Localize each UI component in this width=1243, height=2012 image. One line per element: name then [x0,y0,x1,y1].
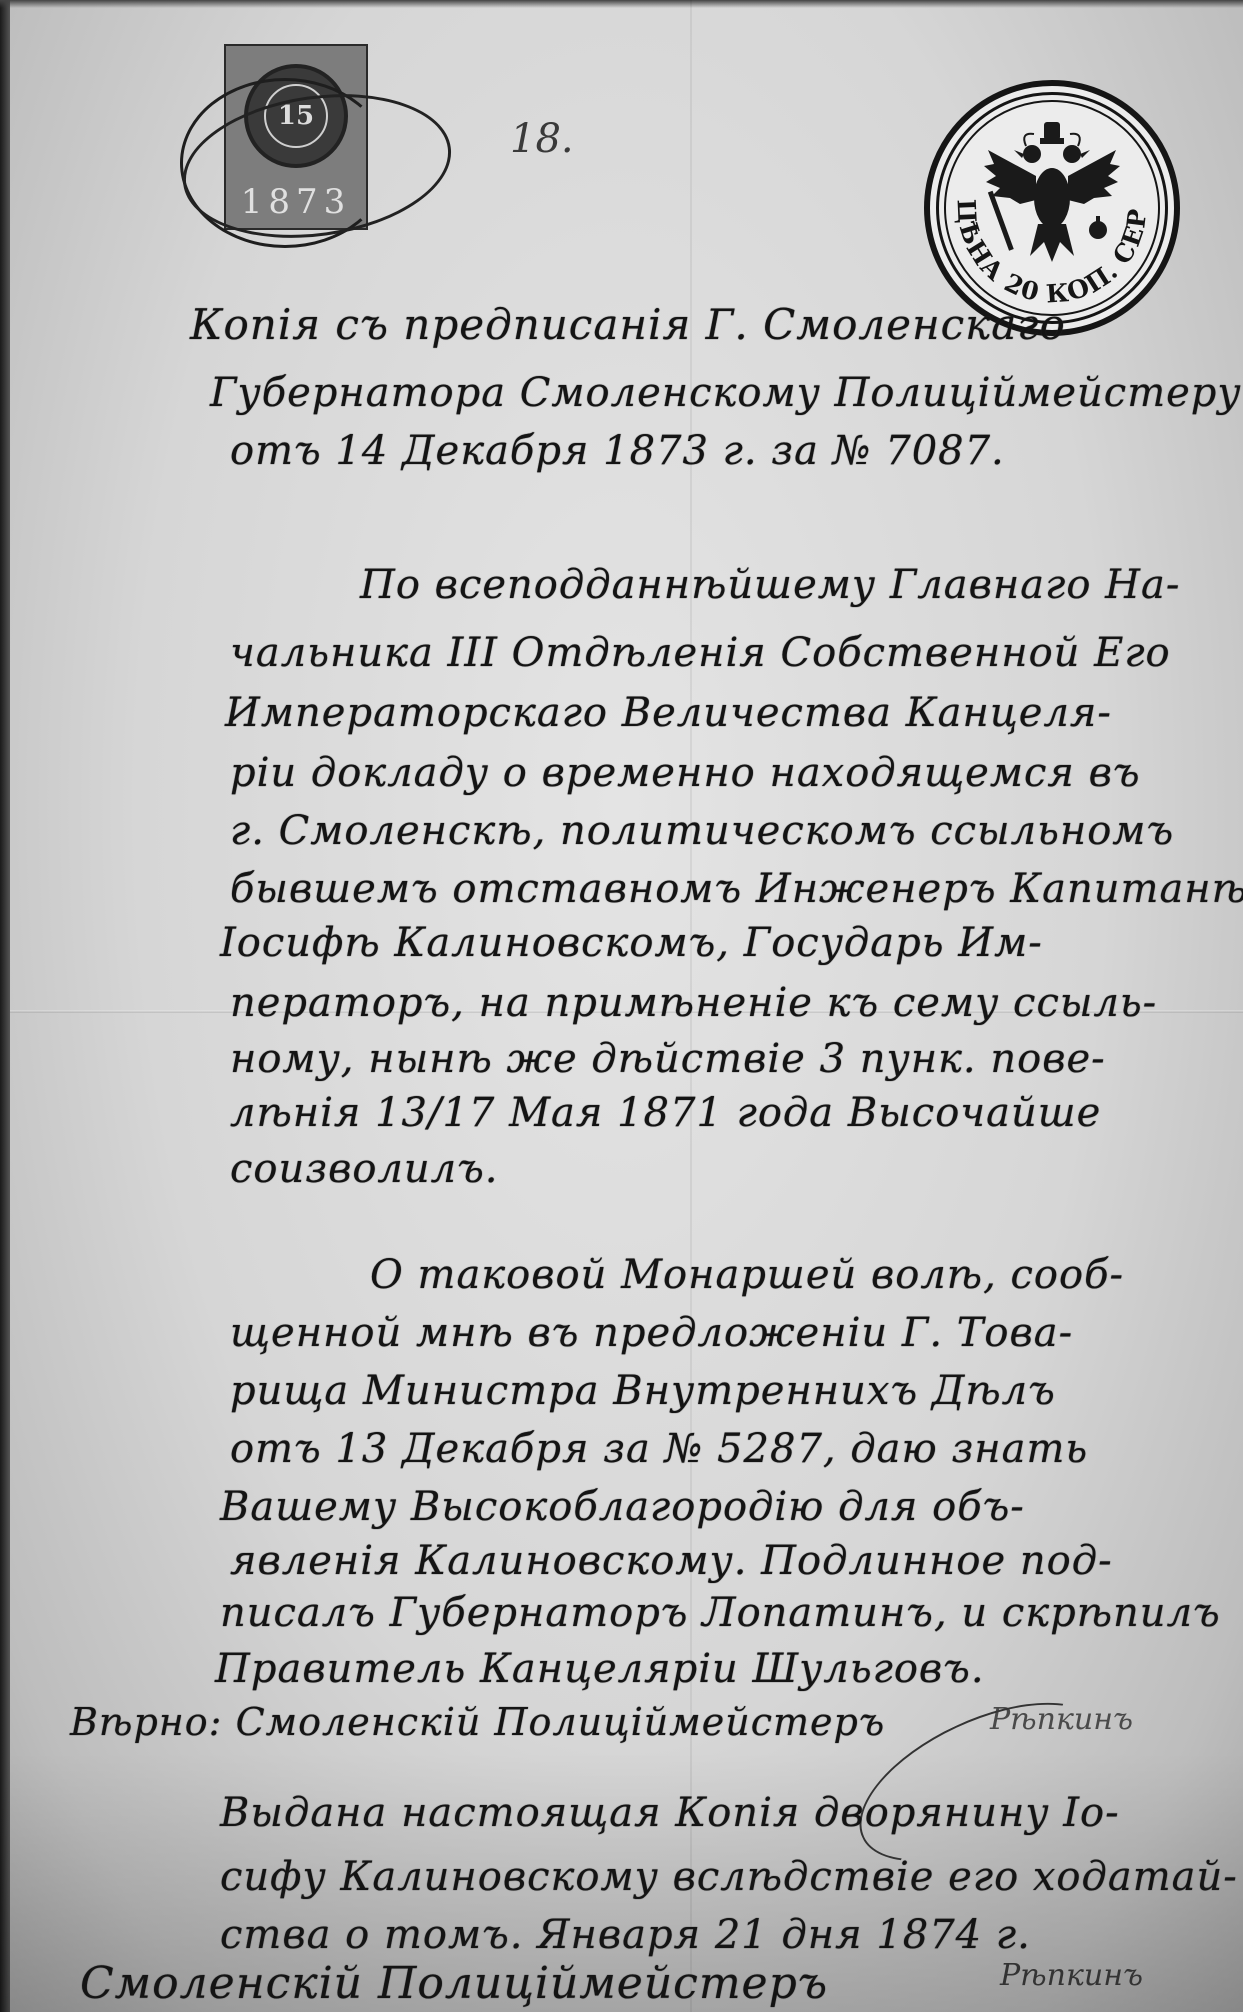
paragraph-2-line-2: щенной мнѣ въ предложеніи Г. Това- [230,1310,1073,1356]
heading-line-3: отъ 14 Декабря 1873 г. за № 7087. [230,428,1005,474]
paragraph-2-line-3: рища Министра Внутреннихъ Дѣлъ [230,1368,1056,1414]
paragraph-2-line-6: явленія Калиновскому. Подлинное под- [230,1538,1113,1584]
paragraph-1-line-2: чальника III Отдѣленія Собственной Его [230,630,1171,676]
certification-2-text: Смоленскій Полиціймейстеръ [80,1958,828,2009]
certification-2-signature: Рѣпкинъ [1000,1958,1143,1993]
imperial-double-headed-eagle-icon [980,120,1124,270]
paragraph-1-line-9: ному, нынѣ же дѣйствіе 3 пунк. пове- [230,1036,1106,1082]
seal-price-text: ЦѢНА 20 КОП. СЕР. [930,86,1174,330]
document-sheet: 15 1873 18. [0,0,1243,2012]
paragraph-1-line-3: Императорскаго Величества Канцеля- [225,690,1112,736]
page-edge-shadow [0,0,10,2012]
paragraph-2-line-1: О таковой Монаршей волѣ, сооб- [370,1252,1124,1298]
certification-1-text: Вѣрно: Смоленскій Полиціймейстеръ [70,1700,885,1744]
paragraph-1-line-1: По всеподданнѣйшему Главнаго На- [360,562,1180,608]
page-number: 18. [510,116,574,162]
paragraph-2-line-5: Вашему Высокоблагородію для объ- [220,1484,1025,1530]
paragraph-1-line-11: соизволилъ. [230,1146,499,1192]
paragraph-1-line-4: ріи докладу о временно находящемся въ [230,750,1141,796]
paragraph-2-line-7: писалъ Губернаторъ Лопатинъ, и скрѣпилъ [220,1590,1221,1636]
paragraph-1-line-5: г. Смоленскѣ, политическомъ ссыльномъ [230,808,1174,854]
paragraph-1-line-8: ператоръ, на примѣненіе къ сему ссыль- [230,980,1157,1026]
heading-line-2: Губернатора Смоленскому Полиціймейстеру [210,370,1242,416]
paragraph-1-line-7: Іосифѣ Калиновскомъ, Государь Им- [220,920,1043,966]
imperial-seal: ЦѢНА 20 КОП. СЕР. [924,80,1180,336]
paragraph-3-line-3: ства о томъ. Января 21 дня 1874 г. [220,1912,1031,1958]
paragraph-1-line-10: лѣнія 13/17 Мая 1871 года Высочайше [230,1090,1101,1136]
page-top-edge [0,0,1243,8]
paragraph-2-line-8: Правитель Канцеляріи Шульговъ. [215,1646,985,1692]
paragraph-2-line-4: отъ 13 Декабря за № 5287, даю знать [230,1426,1088,1472]
svg-text:ЦѢНА 20 КОП. СЕР.: ЦѢНА 20 КОП. СЕР. [930,86,1152,309]
paragraph-3-line-2: сифу Калиновскому вслѣдствіе его ходатай… [220,1854,1238,1900]
paragraph-1-line-6: бывшемъ отставномъ Инженеръ Капитанѣ, [230,866,1243,912]
heading-line-1: Копія съ предписанія Г. Смоленскаго [190,300,1066,349]
paragraph-3-line-1: Выдана настоящая Копія дворянину Іо- [220,1790,1120,1836]
